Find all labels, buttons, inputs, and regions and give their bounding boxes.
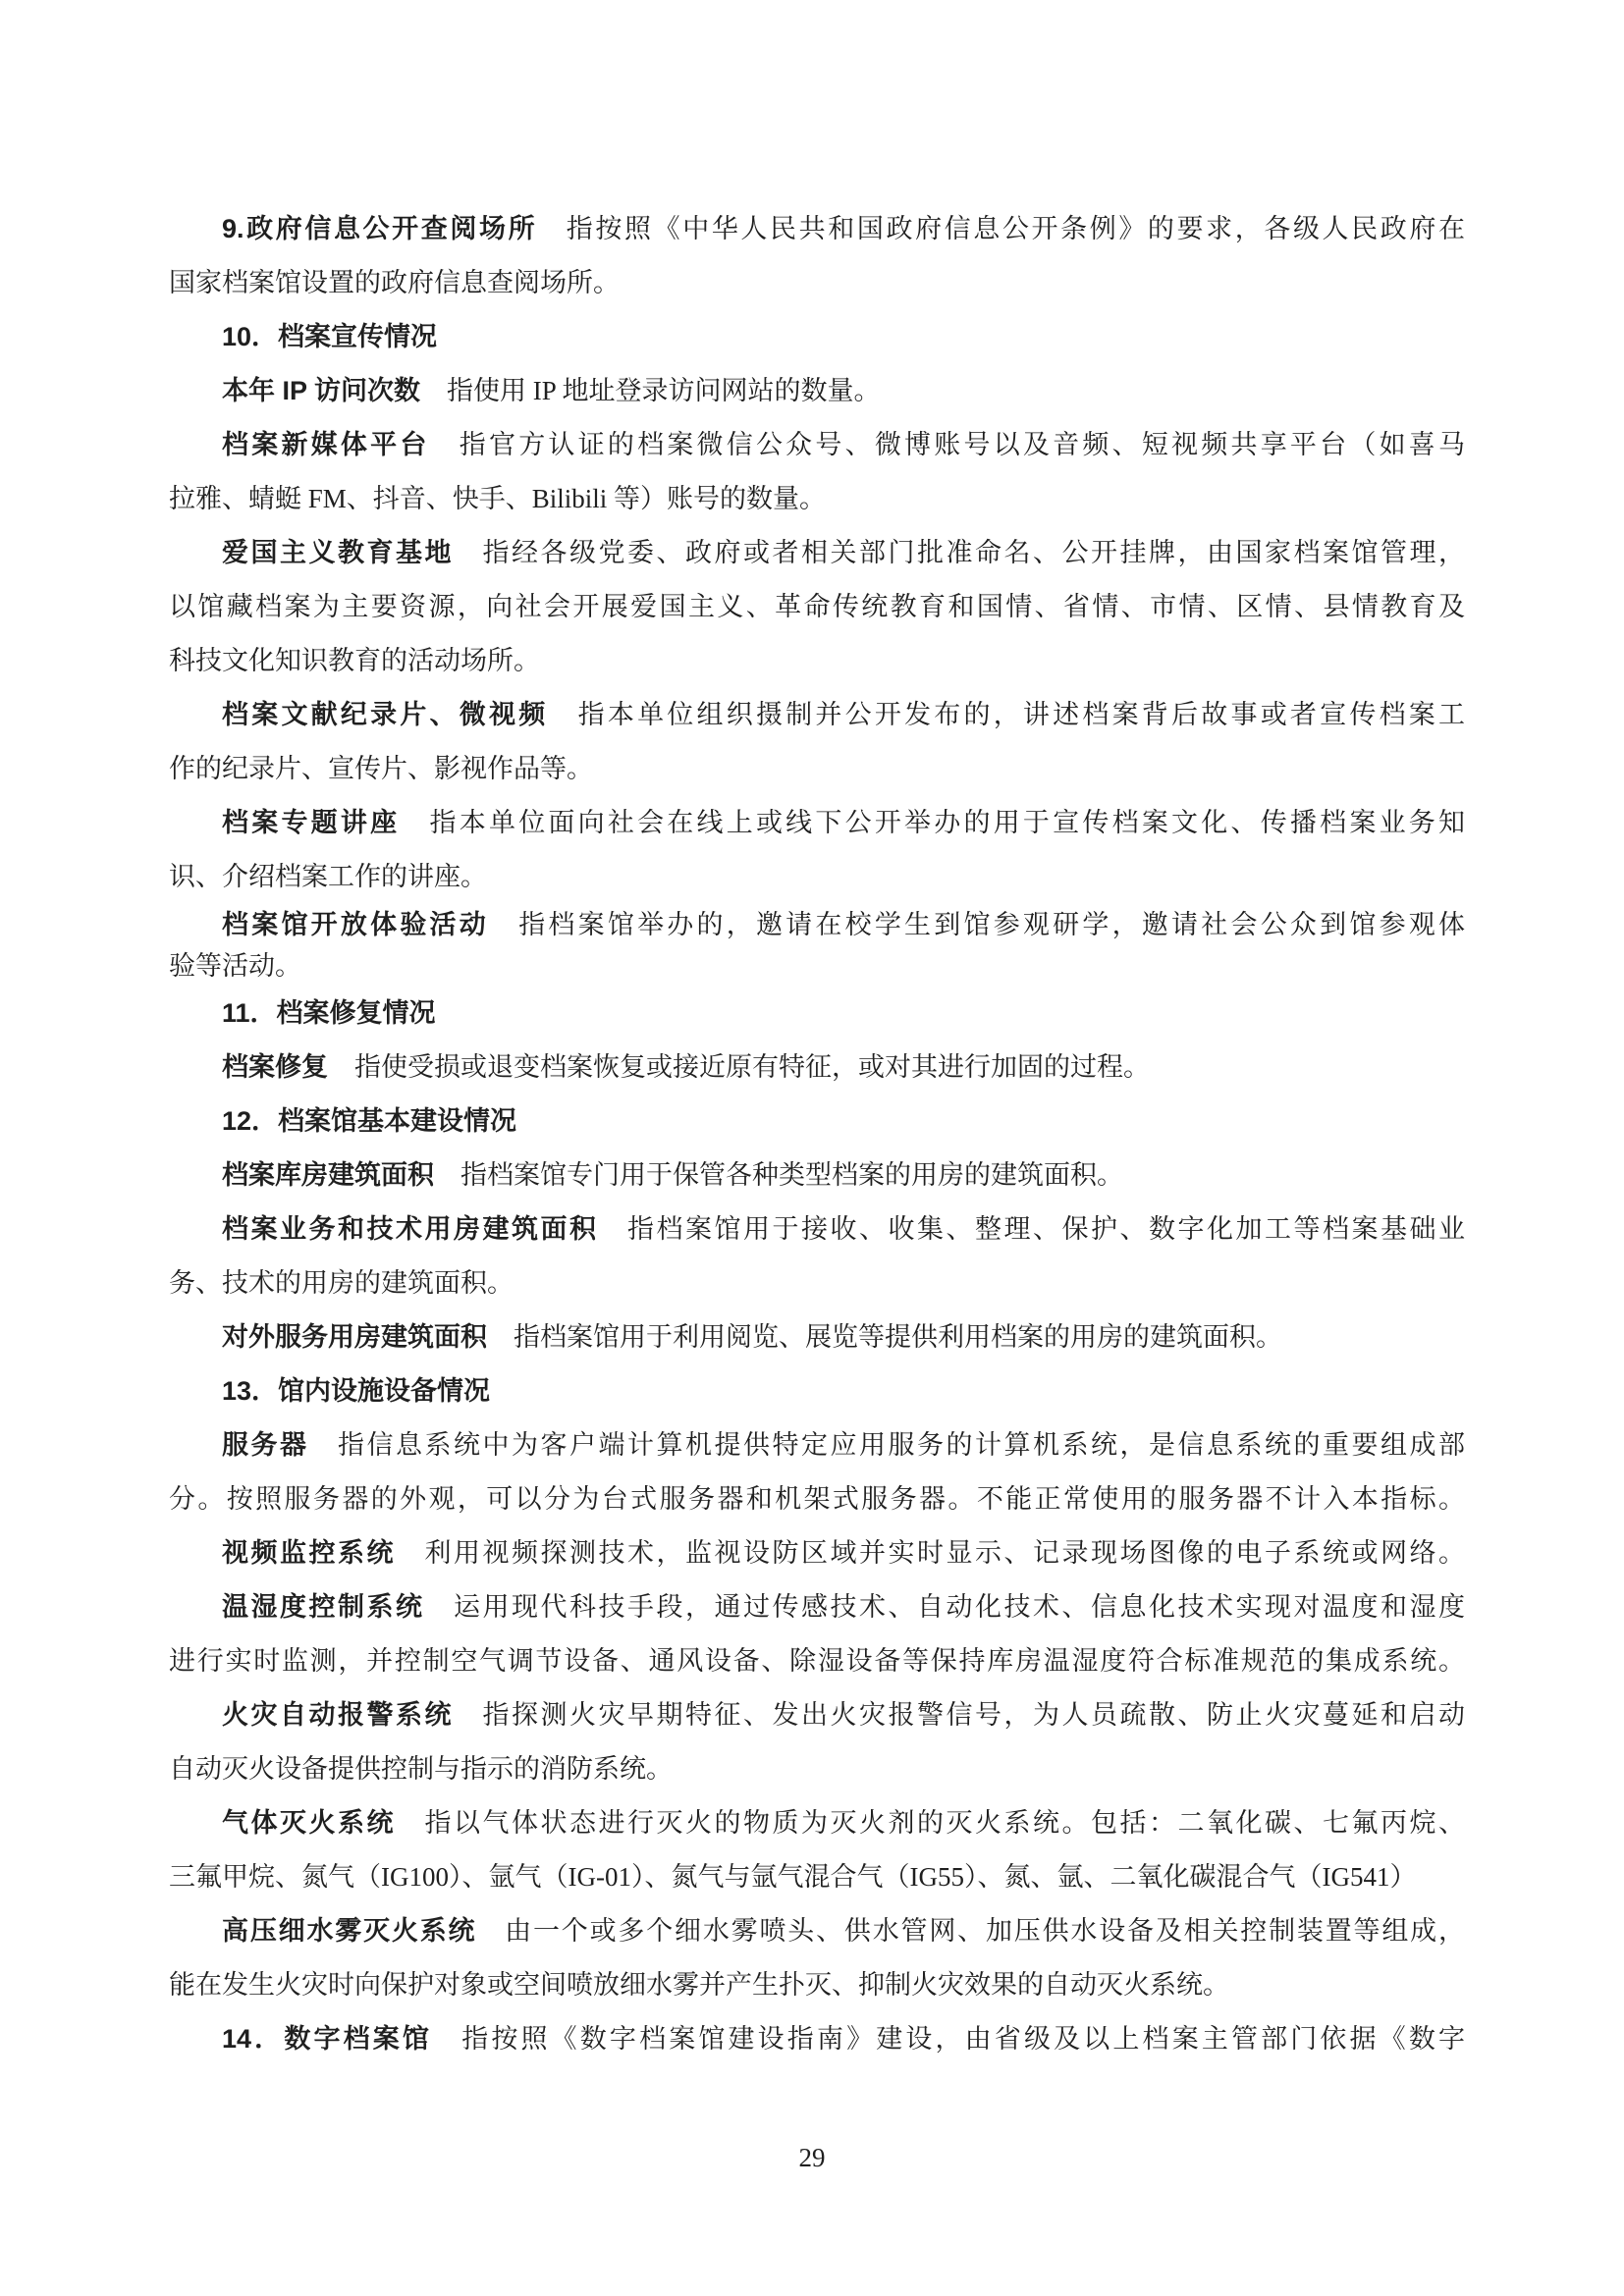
text-line: 科技文化知识教育的活动场所。 [169, 634, 1465, 688]
document-text: 9.政府信息公开查阅场所 指按照《中华人民共和国政府信息公开条例》的要求，各级人… [169, 202, 1465, 2066]
term-bold-text: 档案新媒体平台 [222, 430, 430, 459]
body-text: 指经各级党委、政府或者相关部门批准命名、公开挂牌，由国家档案馆管理， [454, 538, 1465, 567]
body-text: 验等活动。 [169, 951, 301, 981]
text-line: 火灾自动报警系统 指探测火灾早期特征、发出火灾报警信号，为人员疏散、防止火灾蔓延… [169, 1688, 1465, 1742]
term-bold-text: 对外服务用房建筑面积 [222, 1322, 487, 1352]
text-line: 能在发生火灾时向保护对象或空间喷放细水雾并产生扑灭、抑制火灾效果的自动灭火系统。 [169, 1958, 1465, 2012]
text-line: 档案馆开放体验活动 指档案馆举办的，邀请在校学生到馆参观研学，邀请社会公众到馆参… [169, 904, 1465, 945]
text-line: 作的纪录片、宣传片、影视作品等。 [169, 742, 1465, 796]
text-line: 视频监控系统 利用视频探测技术，监视设防区域并实时显示、记录现场图像的电子系统或… [169, 1526, 1465, 1580]
body-text: 自动灭火设备提供控制与指示的消防系统。 [169, 1754, 673, 1784]
text-line: 分。按照服务器的外观，可以分为台式服务器和机架式服务器。不能正常使用的服务器不计… [169, 1472, 1465, 1526]
body-text: 指档案馆举办的，邀请在校学生到馆参观研学，邀请社会公众到馆参观体 [489, 910, 1465, 939]
body-text: 三氟甲烷、氮气（IG100）、氩气（IG-01）、氮气与氩气混合气（IG55）、… [169, 1862, 1416, 1892]
body-text: 务、技术的用房的建筑面积。 [169, 1268, 514, 1298]
term-bold-text: 10．档案宣传情况 [222, 322, 437, 351]
text-line: 爱国主义教育基地 指经各级党委、政府或者相关部门批准命名、公开挂牌，由国家档案馆… [169, 526, 1465, 580]
text-line: 温湿度控制系统 运用现代科技手段，通过传感技术、自动化技术、信息化技术实现对温度… [169, 1580, 1465, 1634]
term-bold-text: 档案库房建筑面积 [222, 1160, 434, 1190]
term-bold-text: 气体灭火系统 [222, 1808, 396, 1838]
text-line: 以馆藏档案为主要资源，向社会开展爱国主义、革命传统教育和国情、省情、市情、区情、… [169, 580, 1465, 634]
term-bold-text: 服务器 [222, 1430, 309, 1460]
body-text: 指档案馆专门用于保管各种类型档案的用房的建筑面积。 [434, 1160, 1123, 1190]
text-line: 三氟甲烷、氮气（IG100）、氩气（IG-01）、氮气与氩气混合气（IG55）、… [169, 1850, 1465, 1904]
text-line: 验等活动。 [169, 945, 1465, 987]
text-line: 11．档案修复情况 [169, 987, 1465, 1041]
text-line: 14．数字档案馆 指按照《数字档案馆建设指南》建设，由省级及以上档案主管部门依据… [169, 2012, 1465, 2066]
term-bold-text: 高压细水雾灭火系统 [222, 1916, 476, 1946]
body-text: 进行实时监测，并控制空气调节设备、通风设备、除湿设备等保持库房温湿度符合标准规范… [169, 1646, 1465, 1676]
term-bold-text: 档案业务和技术用房建筑面积 [222, 1214, 599, 1244]
body-text: 指官方认证的档案微信公众号、微博账号以及音频、短视频共享平台（如喜马 [430, 430, 1465, 459]
body-text: 国家档案馆设置的政府信息查阅场所。 [169, 268, 620, 297]
text-line: 高压细水雾灭火系统 由一个或多个细水雾喷头、供水管网、加压供水设备及相关控制装置… [169, 1904, 1465, 1958]
text-line: 拉雅、蜻蜓 FM、抖音、快手、Bilibili 等）账号的数量。 [169, 472, 1465, 526]
body-text: 指本单位组织摄制并公开发布的，讲述档案背后故事或者宣传档案工 [548, 700, 1465, 729]
text-line: 档案业务和技术用房建筑面积 指档案馆用于接收、收集、整理、保护、数字化加工等档案… [169, 1202, 1465, 1256]
text-line: 档案文献纪录片、微视频 指本单位组织摄制并公开发布的，讲述档案背后故事或者宣传档… [169, 688, 1465, 742]
body-text: 指以气体状态进行灭火的物质为灭火剂的灭火系统。包括：二氧化碳、七氟丙烷、 [396, 1808, 1465, 1838]
text-line: 对外服务用房建筑面积 指档案馆用于利用阅览、展览等提供利用档案的用房的建筑面积。 [169, 1310, 1465, 1364]
body-text: 拉雅、蜻蜓 FM、抖音、快手、Bilibili 等）账号的数量。 [169, 484, 826, 513]
body-text: 指探测火灾早期特征、发出火灾报警信号，为人员疏散、防止火灾蔓延和启动 [454, 1700, 1465, 1730]
text-line: 国家档案馆设置的政府信息查阅场所。 [169, 256, 1465, 310]
text-line: 档案专题讲座 指本单位面向社会在线上或线下公开举办的用于宣传档案文化、传播档案业… [169, 796, 1465, 850]
term-bold-text: 爱国主义教育基地 [222, 538, 454, 567]
text-line: 档案修复 指使受损或退变档案恢复或接近原有特征，或对其进行加固的过程。 [169, 1041, 1465, 1095]
term-bold-text: 9.政府信息公开查阅场所 [222, 214, 537, 243]
text-line: 服务器 指信息系统中为客户端计算机提供特定应用服务的计算机系统，是信息系统的重要… [169, 1418, 1465, 1472]
term-bold-text: 13．馆内设施设备情况 [222, 1376, 490, 1406]
text-line: 务、技术的用房的建筑面积。 [169, 1256, 1465, 1310]
term-bold-text: 本年 IP 访问次数 [222, 376, 420, 405]
body-text: 能在发生火灾时向保护对象或空间喷放细水雾并产生扑灭、抑制火灾效果的自动灭火系统。 [169, 1970, 1229, 2000]
text-line: 13．馆内设施设备情况 [169, 1364, 1465, 1418]
term-bold-text: 11．档案修复情况 [222, 998, 436, 1028]
text-line: 档案新媒体平台 指官方认证的档案微信公众号、微博账号以及音频、短视频共享平台（如… [169, 418, 1465, 472]
body-text: 由一个或多个细水雾喷头、供水管网、加压供水设备及相关控制装置等组成， [476, 1916, 1465, 1946]
text-line: 12．档案馆基本建设情况 [169, 1095, 1465, 1148]
text-line: 自动灭火设备提供控制与指示的消防系统。 [169, 1742, 1465, 1796]
body-text: 指使用 IP 地址登录访问网站的数量。 [420, 376, 881, 405]
term-bold-text: 视频监控系统 [222, 1538, 396, 1568]
body-text: 指档案馆用于接收、收集、整理、保护、数字化加工等档案基础业 [599, 1214, 1466, 1244]
term-bold-text: 档案馆开放体验活动 [222, 910, 489, 939]
text-line: 10．档案宣传情况 [169, 310, 1465, 364]
text-line: 进行实时监测，并控制空气调节设备、通风设备、除湿设备等保持库房温湿度符合标准规范… [169, 1634, 1465, 1688]
term-bold-text: 12．档案馆基本建设情况 [222, 1106, 516, 1136]
term-bold-text: 火灾自动报警系统 [222, 1700, 454, 1730]
text-line: 9.政府信息公开查阅场所 指按照《中华人民共和国政府信息公开条例》的要求，各级人… [169, 202, 1465, 256]
body-text: 指按照《数字档案馆建设指南》建设，由省级及以上档案主管部门依据《数字 [432, 2024, 1465, 2054]
term-bold-text: 温湿度控制系统 [222, 1592, 425, 1622]
body-text: 指按照《中华人民共和国政府信息公开条例》的要求，各级人民政府在 [537, 214, 1465, 243]
text-line: 识、介绍档案工作的讲座。 [169, 850, 1465, 904]
body-text: 以馆藏档案为主要资源，向社会开展爱国主义、革命传统教育和国情、省情、市情、区情、… [169, 592, 1465, 621]
body-text: 指信息系统中为客户端计算机提供特定应用服务的计算机系统，是信息系统的重要组成部 [309, 1430, 1466, 1460]
text-line: 档案库房建筑面积 指档案馆专门用于保管各种类型档案的用房的建筑面积。 [169, 1148, 1465, 1202]
body-text: 分。按照服务器的外观，可以分为台式服务器和机架式服务器。不能正常使用的服务器不计… [169, 1484, 1465, 1514]
body-text: 指使受损或退变档案恢复或接近原有特征，或对其进行加固的过程。 [328, 1052, 1150, 1082]
term-bold-text: 14．数字档案馆 [222, 2024, 432, 2054]
page-number: 29 [0, 2138, 1624, 2177]
term-bold-text: 档案文献纪录片、微视频 [222, 700, 548, 729]
body-text: 识、介绍档案工作的讲座。 [169, 862, 487, 891]
text-line: 本年 IP 访问次数 指使用 IP 地址登录访问网站的数量。 [169, 364, 1465, 418]
body-text: 作的纪录片、宣传片、影视作品等。 [169, 754, 593, 783]
body-text: 科技文化知识教育的活动场所。 [169, 646, 540, 675]
body-text: 利用视频探测技术，监视设防区域并实时显示、记录现场图像的电子系统或网络。 [396, 1538, 1465, 1568]
term-bold-text: 档案专题讲座 [222, 808, 400, 837]
document-page: 9.政府信息公开查阅场所 指按照《中华人民共和国政府信息公开条例》的要求，各级人… [0, 0, 1624, 2296]
body-text: 运用现代科技手段，通过传感技术、自动化技术、信息化技术实现对温度和湿度 [425, 1592, 1466, 1622]
body-text: 指本单位面向社会在线上或线下公开举办的用于宣传档案文化、传播档案业务知 [400, 808, 1465, 837]
term-bold-text: 档案修复 [222, 1052, 328, 1082]
body-text: 指档案馆用于利用阅览、展览等提供利用档案的用房的建筑面积。 [487, 1322, 1282, 1352]
text-line: 气体灭火系统 指以气体状态进行灭火的物质为灭火剂的灭火系统。包括：二氧化碳、七氟… [169, 1796, 1465, 1850]
